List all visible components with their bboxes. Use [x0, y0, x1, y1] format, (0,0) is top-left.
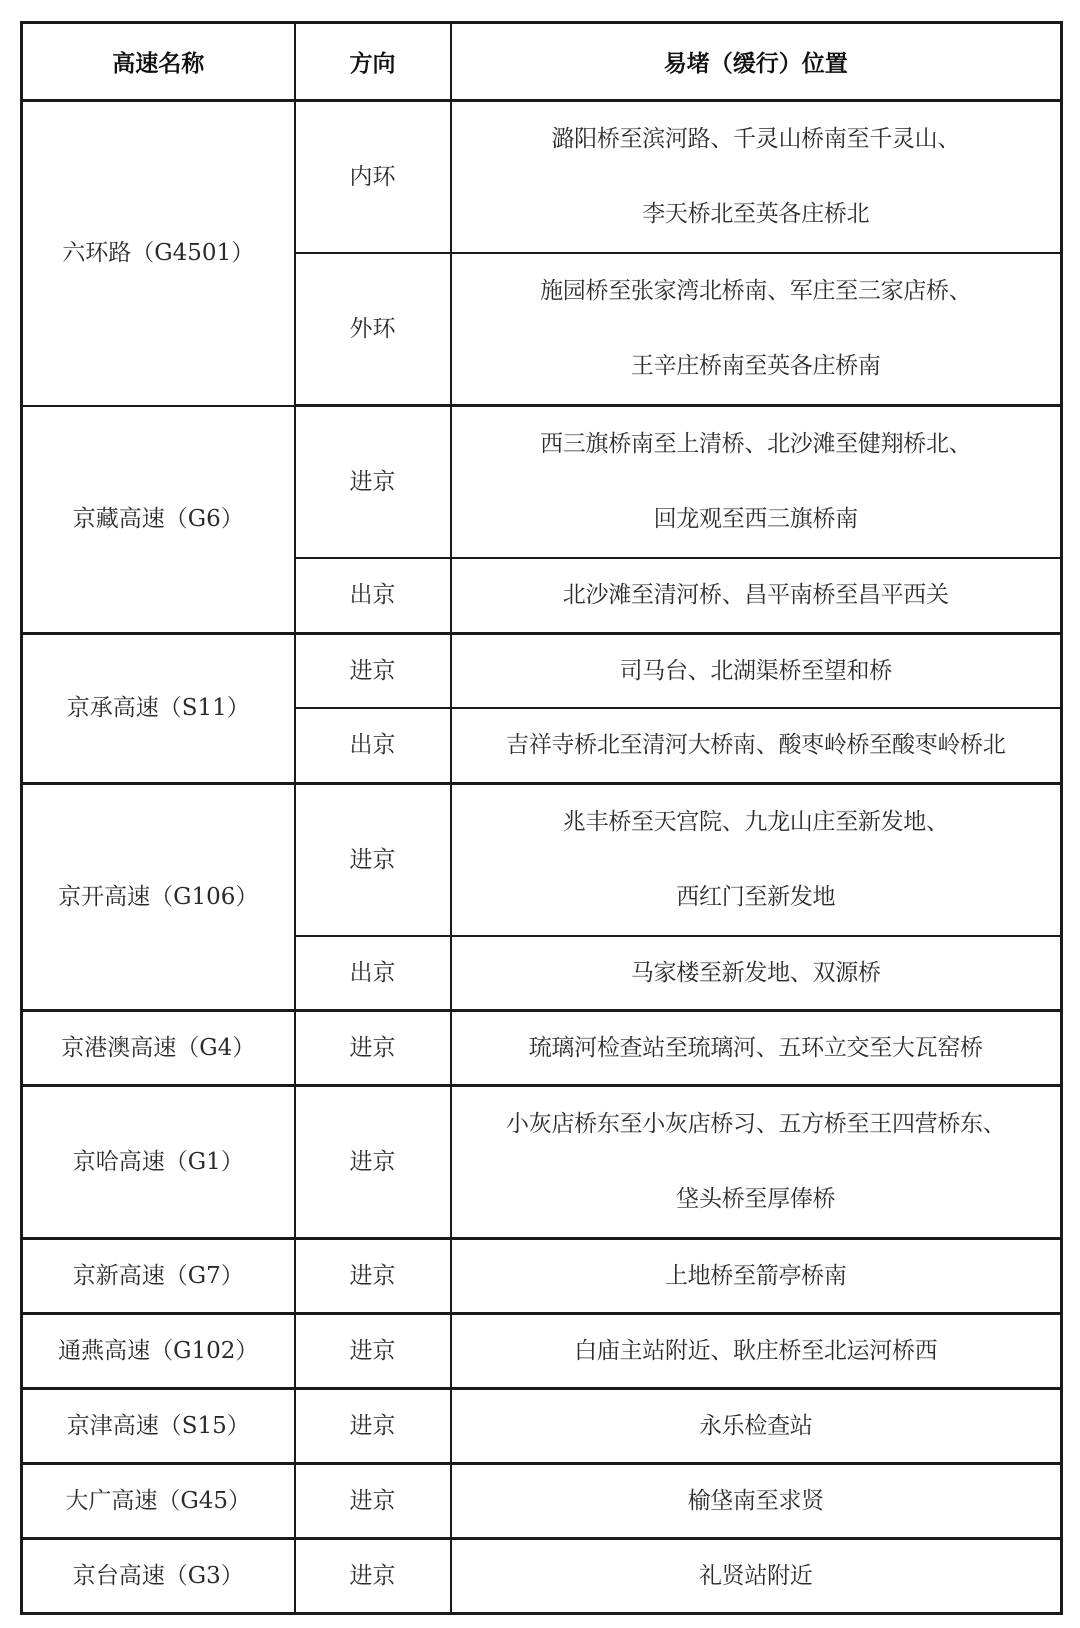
location-cell: 上地桥至箭亭桥南: [451, 1239, 1062, 1314]
highway-name: 京哈高速（G1）: [22, 1086, 295, 1239]
highway-name: 京台高速（G3）: [22, 1539, 295, 1614]
direction-cell: 进京: [295, 406, 451, 559]
header-row: 高速名称 方向 易堵（缓行）位置: [22, 23, 1062, 101]
table-row: 大广高速（G45） 进京 榆垡南至求贤: [22, 1464, 1062, 1539]
location-cell: 施园桥至张家湾北桥南、军庄至三家店桥、 王辛庄桥南至英各庄桥南: [451, 253, 1062, 406]
direction-cell: 进京: [295, 1314, 451, 1389]
highway-name: 京开高速（G106）: [22, 783, 295, 1011]
direction-cell: 进京: [295, 633, 451, 708]
direction-cell: 出京: [295, 708, 451, 783]
location-cell: 兆丰桥至天宫院、九龙山庄至新发地、 西红门至新发地: [451, 783, 1062, 936]
table-row: 六环路（G4501） 内环 潞阳桥至滨河路、千灵山桥南至千灵山、 李天桥北至英各…: [22, 101, 1062, 254]
direction-cell: 进京: [295, 1086, 451, 1239]
header-direction: 方向: [295, 23, 451, 101]
table-row: 京承高速（S11） 进京 司马台、北湖渠桥至望和桥: [22, 633, 1062, 708]
direction-cell: 出京: [295, 936, 451, 1011]
location-line: 回龙观至西三旗桥南: [456, 482, 1057, 557]
highway-name: 京承高速（S11）: [22, 633, 295, 783]
table-row: 京津高速（S15） 进京 永乐检查站: [22, 1389, 1062, 1464]
table-row: 京藏高速（G6） 进京 西三旗桥南至上清桥、北沙滩至健翔桥北、 回龙观至西三旗桥…: [22, 406, 1062, 559]
location-cell: 潞阳桥至滨河路、千灵山桥南至千灵山、 李天桥北至英各庄桥北: [451, 101, 1062, 254]
direction-cell: 出京: [295, 558, 451, 633]
header-highway-name: 高速名称: [22, 23, 295, 101]
location-cell: 琉璃河检查站至琉璃河、五环立交至大瓦窑桥: [451, 1011, 1062, 1086]
location-line: 西三旗桥南至上清桥、北沙滩至健翔桥北、: [456, 407, 1057, 482]
location-cell: 西三旗桥南至上清桥、北沙滩至健翔桥北、 回龙观至西三旗桥南: [451, 406, 1062, 559]
location-cell: 马家楼至新发地、双源桥: [451, 936, 1062, 1011]
location-line: 小灰店桥东至小灰店桥习、五方桥至王四营桥东、: [456, 1087, 1057, 1162]
location-line: 潞阳桥至滨河路、千灵山桥南至千灵山、: [456, 102, 1057, 177]
direction-cell: 进京: [295, 1239, 451, 1314]
table-row: 京开高速（G106） 进京 兆丰桥至天宫院、九龙山庄至新发地、 西红门至新发地: [22, 783, 1062, 936]
highway-name: 京港澳高速（G4）: [22, 1011, 295, 1086]
location-line: 垡头桥至厚俸桥: [456, 1162, 1057, 1237]
location-cell: 北沙滩至清河桥、昌平南桥至昌平西关: [451, 558, 1062, 633]
location-line: 李天桥北至英各庄桥北: [456, 177, 1057, 252]
congestion-table: 高速名称 方向 易堵（缓行）位置 六环路（G4501） 内环 潞阳桥至滨河路、千…: [20, 21, 1063, 1615]
direction-cell: 进京: [295, 1464, 451, 1539]
location-cell: 吉祥寺桥北至清河大桥南、酸枣岭桥至酸枣岭桥北: [451, 708, 1062, 783]
highway-name: 六环路（G4501）: [22, 101, 295, 406]
table-row: 京港澳高速（G4） 进京 琉璃河检查站至琉璃河、五环立交至大瓦窑桥: [22, 1011, 1062, 1086]
highway-name: 京新高速（G7）: [22, 1239, 295, 1314]
location-line: 西红门至新发地: [456, 860, 1057, 935]
header-location: 易堵（缓行）位置: [451, 23, 1062, 101]
direction-cell: 外环: [295, 253, 451, 406]
table-row: 通燕高速（G102） 进京 白庙主站附近、耿庄桥至北运河桥西: [22, 1314, 1062, 1389]
location-line: 兆丰桥至天宫院、九龙山庄至新发地、: [456, 785, 1057, 860]
location-cell: 白庙主站附近、耿庄桥至北运河桥西: [451, 1314, 1062, 1389]
highway-name: 大广高速（G45）: [22, 1464, 295, 1539]
table-row: 京哈高速（G1） 进京 小灰店桥东至小灰店桥习、五方桥至王四营桥东、 垡头桥至厚…: [22, 1086, 1062, 1239]
highway-name: 通燕高速（G102）: [22, 1314, 295, 1389]
location-cell: 榆垡南至求贤: [451, 1464, 1062, 1539]
highway-name: 京津高速（S15）: [22, 1389, 295, 1464]
highway-name: 京藏高速（G6）: [22, 406, 295, 634]
location-cell: 永乐检查站: [451, 1389, 1062, 1464]
table-row: 京新高速（G7） 进京 上地桥至箭亭桥南: [22, 1239, 1062, 1314]
location-cell: 礼贤站附近: [451, 1539, 1062, 1614]
direction-cell: 进京: [295, 783, 451, 936]
table-row: 京台高速（G3） 进京 礼贤站附近: [22, 1539, 1062, 1614]
direction-cell: 进京: [295, 1011, 451, 1086]
location-cell: 小灰店桥东至小灰店桥习、五方桥至王四营桥东、 垡头桥至厚俸桥: [451, 1086, 1062, 1239]
direction-cell: 进京: [295, 1539, 451, 1614]
direction-cell: 内环: [295, 101, 451, 254]
location-line: 王辛庄桥南至英各庄桥南: [456, 329, 1057, 404]
location-cell: 司马台、北湖渠桥至望和桥: [451, 633, 1062, 708]
location-line: 施园桥至张家湾北桥南、军庄至三家店桥、: [456, 254, 1057, 329]
direction-cell: 进京: [295, 1389, 451, 1464]
